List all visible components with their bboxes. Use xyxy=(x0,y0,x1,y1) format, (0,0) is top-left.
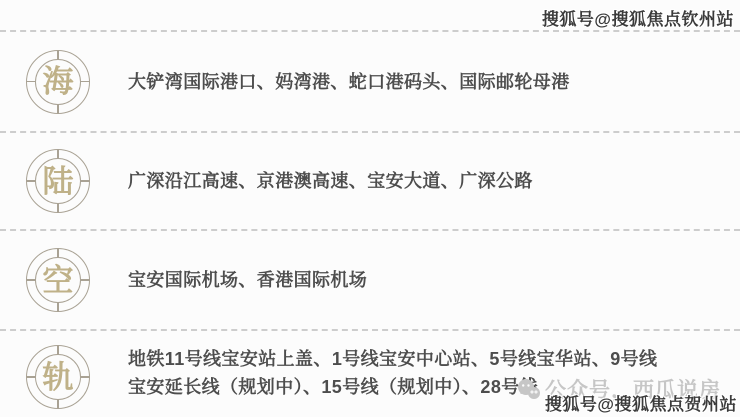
sea-character: 海 xyxy=(43,66,74,97)
watermark-sohu-top: 搜狐号@搜狐焦点钦州站 xyxy=(542,5,734,30)
sea-ports-text: 大铲湾国际港口、妈湾港、蛇口港码头、国际邮轮母港 xyxy=(128,68,570,96)
row-land: 陆 广深沿江高速、京港澳高速、宝安大道、广深公路 xyxy=(0,131,740,229)
badge-tick-east xyxy=(80,279,90,281)
badge-tick-east xyxy=(80,81,90,83)
air-badge-icon: 空 xyxy=(26,248,90,312)
sea-badge-icon: 海 xyxy=(26,50,90,114)
badge-tick-south xyxy=(57,104,59,114)
rail-badge-icon: 轨 xyxy=(26,345,90,409)
land-character: 陆 xyxy=(43,166,74,197)
air-airports-text: 宝安国际机场、香港国际机场 xyxy=(128,266,367,294)
land-roads-text: 广深沿江高速、京港澳高速、宝安大道、广深公路 xyxy=(128,167,533,195)
badge-tick-east xyxy=(80,180,90,182)
badge-inner-circle: 轨 xyxy=(35,354,81,400)
rows-container: 海 大铲湾国际港口、妈湾港、蛇口港码头、国际邮轮母港 陆 广深沿江高速、京港澳高… xyxy=(0,0,740,417)
air-character: 空 xyxy=(43,265,74,296)
land-badge-icon: 陆 xyxy=(26,149,90,213)
badge-tick-east xyxy=(80,376,90,378)
badge-tick-south xyxy=(57,203,59,213)
wechat-icon xyxy=(516,377,541,401)
air-line-1: 宝安国际机场、香港国际机场 xyxy=(128,266,367,294)
badge-inner-circle: 海 xyxy=(35,59,81,105)
sea-line-1: 大铲湾国际港口、妈湾港、蛇口港码头、国际邮轮母港 xyxy=(128,68,570,96)
watermark-sohu-bottom: 搜狐号@搜狐焦点贺州站 xyxy=(545,390,737,415)
badge-tick-south xyxy=(57,302,59,312)
row-sea: 海 大铲湾国际港口、妈湾港、蛇口港码头、国际邮轮母港 xyxy=(0,30,740,131)
land-line-1: 广深沿江高速、京港澳高速、宝安大道、广深公路 xyxy=(128,167,533,195)
rail-character: 轨 xyxy=(43,362,74,393)
transport-infographic: 搜狐号@搜狐焦点钦州站 海 大铲湾国际港口、妈湾港、蛇口港码头、国际邮轮母港 xyxy=(0,0,740,417)
badge-tick-south xyxy=(57,399,59,409)
row-air: 空 宝安国际机场、香港国际机场 xyxy=(0,229,740,329)
badge-inner-circle: 陆 xyxy=(35,158,81,204)
badge-inner-circle: 空 xyxy=(35,257,81,303)
rail-line-1: 地铁11号线宝安站上盖、1号线宝安中心站、5号线宝华站、9号线 xyxy=(128,345,657,373)
